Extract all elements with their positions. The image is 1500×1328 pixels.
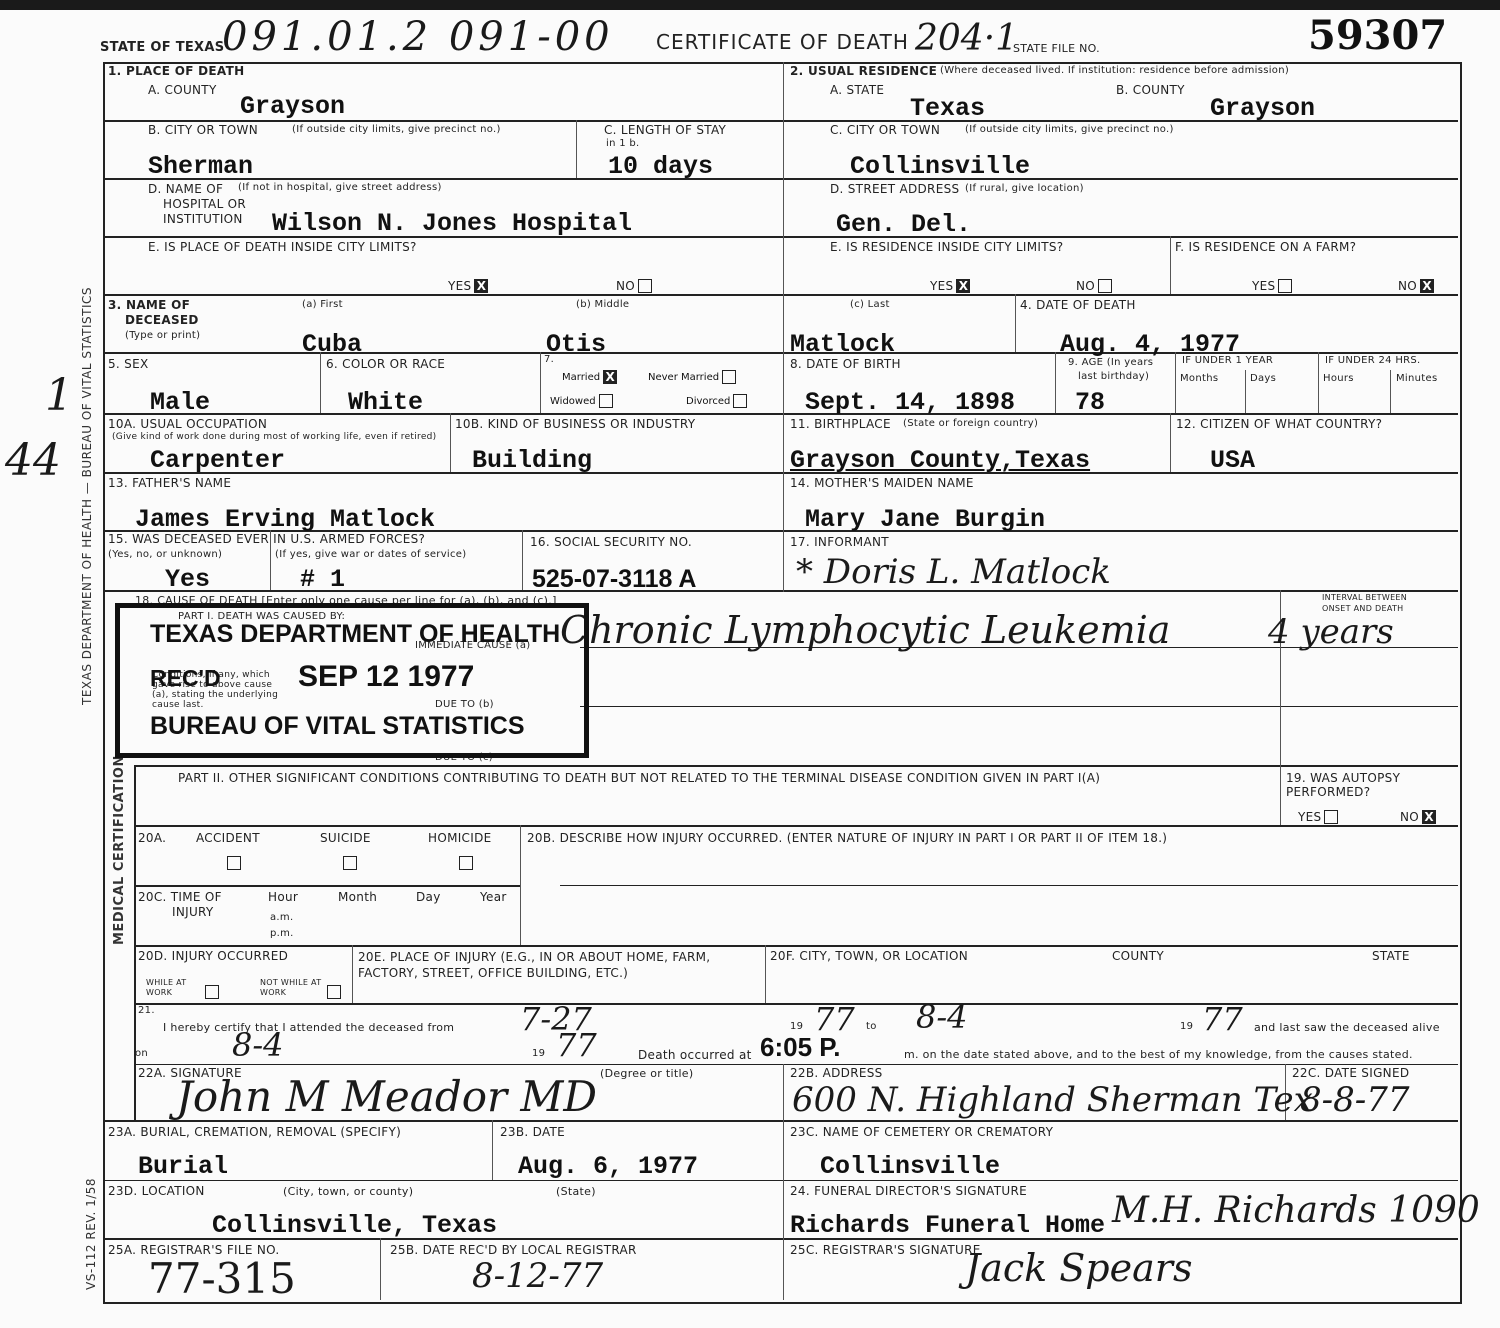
- industry-value: Building: [472, 446, 592, 475]
- state-file-label: STATE FILE NO.: [1013, 42, 1100, 55]
- middle-name-value: Otis: [546, 330, 606, 359]
- year-label: Year: [480, 890, 507, 904]
- place-of-injury-label: 20e. PLACE OF INJURY (e.g., in or about …: [358, 949, 758, 981]
- rule: [103, 1180, 1458, 1181]
- physician-address-label: 22b. ADDRESS: [790, 1066, 883, 1080]
- date-signed-label: 22c. DATE SIGNED: [1292, 1066, 1409, 1080]
- column-divider: [1245, 370, 1246, 413]
- column-divider: [1175, 352, 1176, 413]
- rule: [135, 885, 520, 887]
- certify-text-1: I hereby certify that I attended the dec…: [163, 1021, 454, 1034]
- autopsy-label: 19. WAS AUTOPSY PERFORMED?: [1286, 771, 1456, 799]
- first-name-value: Cuba: [302, 330, 362, 359]
- registrar-date-label: 25b. DATE REC'D BY LOCAL REGISTRAR: [390, 1243, 637, 1257]
- checkbox-empty[interactable]: [1098, 279, 1112, 293]
- res-street-hint: (If rural, give location): [965, 183, 1084, 194]
- cemetery-label: 23c. NAME OF CEMETERY OR CREMATORY: [790, 1125, 1053, 1139]
- on-label: on: [135, 1048, 148, 1059]
- race-value: White: [348, 388, 423, 417]
- state-label: STATE OF TEXAS: [100, 40, 224, 55]
- hospital-hint: (If not in hospital, give street address…: [238, 182, 442, 193]
- checkbox-empty[interactable]: [722, 370, 736, 384]
- res-inside-yes[interactable]: YESX: [930, 275, 970, 294]
- hospital-value: Wilson N. Jones Hospital: [272, 209, 632, 238]
- degree-label: (Degree or title): [600, 1067, 693, 1080]
- birthplace-value: Grayson County,Texas: [790, 446, 1090, 475]
- armed-forces-hint-2: (If yes, give war or dates of service): [275, 549, 466, 560]
- birthplace-label: 11. BIRTHPLACE: [790, 417, 891, 431]
- interval-label: INTERVAL BETWEEN ONSET AND DEATH: [1322, 592, 1432, 614]
- attended-to-date: 8-4: [916, 998, 968, 1036]
- armed-forces-hint-1: (Yes, no, or unknown): [108, 549, 222, 560]
- res-street-value: Gen. Del.: [836, 210, 971, 239]
- mother-name-value: Mary Jane Burgin: [805, 505, 1045, 534]
- handwritten-file-code: 204·1: [915, 18, 1018, 59]
- deceased-name-label: 3. NAME OF: [108, 298, 190, 312]
- father-name-value: James Erving Matlock: [135, 505, 435, 534]
- hour-label: Hour: [268, 890, 298, 904]
- burial-location-label: 23d. LOCATION: [108, 1184, 205, 1198]
- column-divider: [783, 1064, 784, 1300]
- divorced-option[interactable]: Divorced: [686, 394, 747, 408]
- usual-residence-label: 2. USUAL RESIDENCE: [790, 64, 937, 78]
- ssn-value: 525-07-3118 A: [532, 565, 696, 594]
- death-occurred-label: Death occurred at: [638, 1048, 752, 1062]
- stamp-received: REC'D: [150, 665, 221, 692]
- certify-text-3: m. on the date stated above, and to the …: [904, 1048, 1413, 1061]
- ssn-label: 16. SOCIAL SECURITY NO.: [530, 535, 692, 549]
- age-value: 78: [1075, 388, 1105, 417]
- middle-name-label: (b) Middle: [576, 299, 629, 310]
- married-option[interactable]: MarriedX: [562, 370, 617, 384]
- not-at-work-checkbox[interactable]: [327, 985, 341, 999]
- rule: [135, 825, 1458, 827]
- column-divider: [765, 945, 766, 1003]
- at-work-checkbox[interactable]: [205, 985, 219, 999]
- yes-label: YES: [448, 279, 471, 293]
- pod-city-hint: (If outside city limits, give precinct n…: [292, 124, 501, 135]
- hours-label: Hours: [1323, 373, 1354, 384]
- pm-label: p.m.: [270, 928, 294, 939]
- disposition-method-label: 23a. BURIAL, CREMATION, REMOVAL (Specify…: [108, 1125, 401, 1139]
- last-seen-year: 77: [556, 1026, 597, 1064]
- occupation-hint: (Give kind of work done during most of w…: [112, 432, 442, 442]
- widowed-option[interactable]: Widowed: [550, 394, 613, 408]
- farm-no[interactable]: NOX: [1398, 275, 1434, 294]
- column-divider: [1170, 236, 1171, 294]
- registrar-file-value: 77-315: [148, 1254, 296, 1303]
- res-county-value: Grayson: [1210, 94, 1315, 123]
- not-at-work-label: NOT WHILE AT WORK: [260, 978, 324, 998]
- checkbox-checked[interactable]: X: [1422, 810, 1436, 824]
- res-state-label: a. STATE: [830, 83, 884, 97]
- column-divider: [1390, 370, 1391, 413]
- attended-to-year: 77: [1202, 1000, 1243, 1038]
- suicide-label: SUICIDE: [320, 831, 371, 845]
- date-signed-value: 8-8-77: [1300, 1080, 1410, 1120]
- autopsy-no[interactable]: NOX: [1400, 806, 1436, 825]
- age-label-2: last birthday): [1078, 371, 1149, 382]
- married-label: Married: [562, 372, 600, 383]
- deceased-name-label-2: DECEASED: [125, 313, 199, 327]
- margin-department-text: TEXAS DEPARTMENT OF HEALTH — BUREAU OF V…: [80, 287, 94, 705]
- autopsy-yes[interactable]: YES: [1298, 806, 1338, 825]
- place-of-death-label: 1. PLACE OF DEATH: [108, 64, 244, 78]
- column-divider: [1318, 352, 1319, 413]
- form-code: VS-112 REV. 1/58: [84, 1178, 98, 1290]
- checkbox-checked[interactable]: X: [603, 370, 617, 384]
- checkbox-checked[interactable]: X: [474, 279, 488, 293]
- birthplace-hint: (State or foreign country): [903, 418, 1038, 429]
- last-seen-date: 8-4: [232, 1026, 284, 1064]
- checkbox-checked[interactable]: X: [956, 279, 970, 293]
- citizenship-label: 12. CITIZEN OF WHAT COUNTRY?: [1176, 417, 1382, 431]
- occupation-label: 10a. USUAL OCCUPATION: [108, 417, 267, 431]
- burial-location-value: Collinsville, Texas: [212, 1211, 497, 1240]
- am-label: a.m.: [270, 912, 293, 923]
- res-inside-no[interactable]: NO: [1076, 275, 1112, 294]
- column-divider: [352, 945, 353, 1003]
- column-divider: [540, 352, 541, 413]
- injury-type-number: 20a.: [138, 831, 166, 845]
- armed-forces-value: Yes: [165, 565, 210, 594]
- burial-location-hint-1: (City, town, or county): [283, 1185, 413, 1198]
- column-divider: [492, 1120, 493, 1180]
- disposition-date-value: Aug. 6, 1977: [518, 1152, 698, 1181]
- pod-inside-limits-label: e. IS PLACE OF DEATH INSIDE CITY LIMITS?: [148, 240, 417, 254]
- no-label: NO: [1400, 810, 1419, 824]
- rule: [135, 1003, 1458, 1005]
- length-of-stay-hint: in 1 b.: [606, 138, 639, 149]
- farm-label: f. IS RESIDENCE ON A FARM?: [1175, 240, 1356, 254]
- under-1-year-label: IF UNDER 1 YEAR: [1182, 355, 1273, 366]
- occupation-value: Carpenter: [150, 446, 285, 475]
- column-divider: [522, 530, 523, 590]
- pod-inside-yes[interactable]: YESX: [448, 275, 488, 294]
- months-label: Months: [1180, 373, 1218, 384]
- year-prefix: 19: [790, 1021, 803, 1032]
- no-label: NO: [1398, 279, 1417, 293]
- armed-forces-label: 15. WAS DECEASED EVER IN U.S. ARMED FORC…: [108, 532, 425, 546]
- funeral-director-signature: M.H. Richards 1090: [1112, 1190, 1480, 1231]
- rule: [560, 885, 1458, 886]
- medical-cert-divider: [134, 765, 136, 1120]
- month-label: Month: [338, 890, 377, 904]
- injury-county-label: COUNTY: [1112, 949, 1164, 963]
- registrar-signature-label: 25c. REGISTRAR'S SIGNATURE: [790, 1243, 981, 1257]
- date-of-death-label: 4. DATE OF DEATH: [1020, 298, 1136, 312]
- accident-checkbox[interactable]: [227, 856, 241, 870]
- age-label: 9. AGE (In years: [1068, 357, 1153, 368]
- never-married-label: Never Married: [648, 372, 719, 383]
- checkbox-empty[interactable]: [733, 394, 747, 408]
- race-label: 6. COLOR OR RACE: [326, 357, 445, 371]
- suicide-checkbox[interactable]: [343, 856, 357, 870]
- registrar-date-value: 8-12-77: [472, 1256, 603, 1296]
- under-24-hrs-label: IF UNDER 24 HRS.: [1325, 355, 1421, 366]
- certify-text-2: and last saw the deceased alive: [1254, 1021, 1440, 1034]
- date-of-birth-label: 8. DATE OF BIRTH: [790, 357, 901, 371]
- injury-occurred-label: 20d. INJURY OCCURRED: [138, 949, 288, 963]
- yes-label: YES: [1298, 810, 1321, 824]
- physician-address-value: 600 N. Highland Sherman Tex: [792, 1080, 1313, 1120]
- length-of-stay-value: 10 days: [608, 152, 713, 181]
- pod-county-value: Grayson: [240, 92, 345, 121]
- column-divider: [520, 825, 521, 945]
- year-prefix: 19: [1180, 1021, 1193, 1032]
- registrar-signature: Jack Spears: [965, 1246, 1192, 1290]
- physician-signature: John M Meador MD: [176, 1072, 597, 1121]
- sex-value: Male: [150, 388, 210, 417]
- last-name-value: Matlock: [790, 330, 895, 359]
- cemetery-value: Collinsville: [820, 1152, 1000, 1181]
- state-file-number: 59307: [1308, 12, 1447, 59]
- column-divider: [783, 62, 784, 592]
- time-of-injury-label: 20c. TIME OF: [138, 890, 222, 904]
- res-county-label: b. COUNTY: [1116, 83, 1185, 97]
- usual-residence-hint: (Where deceased lived. If institution: r…: [940, 65, 1289, 76]
- res-inside-limits-label: e. IS RESIDENCE INSIDE CITY LIMITS?: [830, 240, 1063, 254]
- divorced-label: Divorced: [686, 396, 730, 407]
- marital-status-number: 7.: [544, 354, 554, 365]
- rule: [103, 178, 1458, 180]
- widowed-label: Widowed: [550, 396, 596, 407]
- disposition-method-value: Burial: [138, 1152, 228, 1181]
- hospital-label-3: INSTITUTION: [163, 212, 243, 226]
- industry-label: 10b. KIND OF BUSINESS OR INDUSTRY: [455, 417, 695, 431]
- column-divider: [380, 1238, 381, 1300]
- no-label: NO: [616, 279, 635, 293]
- checkbox-empty[interactable]: [638, 279, 652, 293]
- column-divider: [1015, 294, 1016, 352]
- funeral-director-label: 24. FUNERAL DIRECTOR'S SIGNATURE: [790, 1184, 1027, 1198]
- armed-forces-service: # 1: [300, 565, 345, 594]
- immediate-cause-value: Chronic Lymphocytic Leukemia: [560, 608, 1170, 652]
- first-name-label: (a) First: [302, 299, 343, 310]
- no-label: NO: [1076, 279, 1095, 293]
- certificate-title: CERTIFICATE OF DEATH: [656, 30, 909, 54]
- res-city-value: Collinsville: [850, 152, 1030, 181]
- disposition-date-label: 23b. DATE: [500, 1125, 565, 1139]
- margin-handwritten-1: 1: [45, 370, 73, 421]
- rule: [135, 945, 1458, 947]
- last-name-label: (c) Last: [850, 299, 890, 310]
- mother-name-label: 14. MOTHER'S MAIDEN NAME: [790, 476, 974, 490]
- rule: [580, 706, 1458, 707]
- column-divider: [576, 120, 577, 178]
- column-divider: [450, 413, 451, 472]
- describe-injury-label: 20b. DESCRIBE HOW INJURY OCCURRED. (Ente…: [527, 831, 1167, 845]
- res-street-label: d. STREET ADDRESS: [830, 182, 959, 196]
- certification-number: 21.: [138, 1005, 155, 1016]
- hospital-label: d. NAME OF: [148, 182, 223, 196]
- checkbox-empty[interactable]: [1324, 810, 1338, 824]
- checkbox-empty[interactable]: [599, 394, 613, 408]
- pod-city-value: Sherman: [148, 152, 253, 181]
- res-city-hint: (If outside city limits, give precinct n…: [965, 124, 1174, 135]
- farm-yes[interactable]: YES: [1252, 275, 1292, 294]
- pod-city-label: b. CITY OR TOWN: [148, 123, 258, 137]
- rule: [103, 294, 1458, 296]
- handwritten-codes: 091.01.2 091-00: [222, 14, 614, 60]
- homicide-checkbox[interactable]: [459, 856, 473, 870]
- yes-label: YES: [930, 279, 953, 293]
- interval-value: 4 years: [1268, 612, 1394, 652]
- res-state-value: Texas: [910, 94, 985, 123]
- length-of-stay-label: c. LENGTH OF STAY: [604, 123, 726, 137]
- death-time-value: 6:05 P.: [760, 1032, 840, 1063]
- injury-city-label: 20f. CITY, TOWN, OR LOCATION: [770, 949, 968, 963]
- hospital-label-2: HOSPITAL OR: [163, 197, 246, 211]
- pod-inside-no[interactable]: NO: [616, 275, 652, 294]
- date-of-birth-value: Sept. 14, 1898: [805, 388, 1015, 417]
- to-label: to: [866, 1021, 877, 1032]
- sex-label: 5. SEX: [108, 357, 148, 371]
- never-married-option[interactable]: Never Married: [648, 370, 736, 384]
- rule: [135, 765, 1458, 767]
- part-2-label: PART II. OTHER SIGNIFICANT CONDITIONS CO…: [178, 771, 1100, 785]
- checkbox-checked[interactable]: X: [1420, 279, 1434, 293]
- day-label: Day: [416, 890, 441, 904]
- informant-signature: * Doris L. Matlock: [796, 552, 1111, 592]
- column-divider: [1055, 352, 1056, 413]
- column-divider: [320, 352, 321, 413]
- deceased-name-hint: (Type or print): [125, 330, 200, 341]
- citizenship-value: USA: [1210, 446, 1255, 475]
- father-name-label: 13. FATHER'S NAME: [108, 476, 231, 490]
- pod-county-label: a. COUNTY: [148, 83, 217, 97]
- stamp-date: SEP 12 1977: [298, 660, 474, 694]
- stamp-bureau: BUREAU OF VITAL STATISTICS: [150, 712, 525, 741]
- time-of-injury-label-2: INJURY: [172, 905, 214, 919]
- scan-top-edge: [0, 0, 1500, 10]
- at-work-label: WHILE AT WORK: [146, 978, 206, 998]
- days-label: Days: [1250, 373, 1276, 384]
- burial-location-hint-2: (State): [556, 1185, 596, 1198]
- margin-handwritten-44: 44: [5, 435, 61, 486]
- minutes-label: Minutes: [1396, 373, 1437, 384]
- stamp-department: TEXAS DEPARTMENT OF HEALTH: [150, 620, 560, 649]
- res-city-label: c. CITY OR TOWN: [830, 123, 940, 137]
- accident-label: ACCIDENT: [196, 831, 260, 845]
- column-divider: [1170, 413, 1171, 472]
- funeral-home-value: Richards Funeral Home: [790, 1211, 1105, 1240]
- yes-label: YES: [1252, 279, 1275, 293]
- rule: [135, 1064, 1458, 1065]
- injury-state-label: STATE: [1372, 949, 1410, 963]
- homicide-label: HOMICIDE: [428, 831, 492, 845]
- checkbox-empty[interactable]: [1278, 279, 1292, 293]
- year-prefix: 19: [532, 1048, 545, 1059]
- rule: [103, 413, 1458, 415]
- informant-label: 17. INFORMANT: [790, 535, 889, 549]
